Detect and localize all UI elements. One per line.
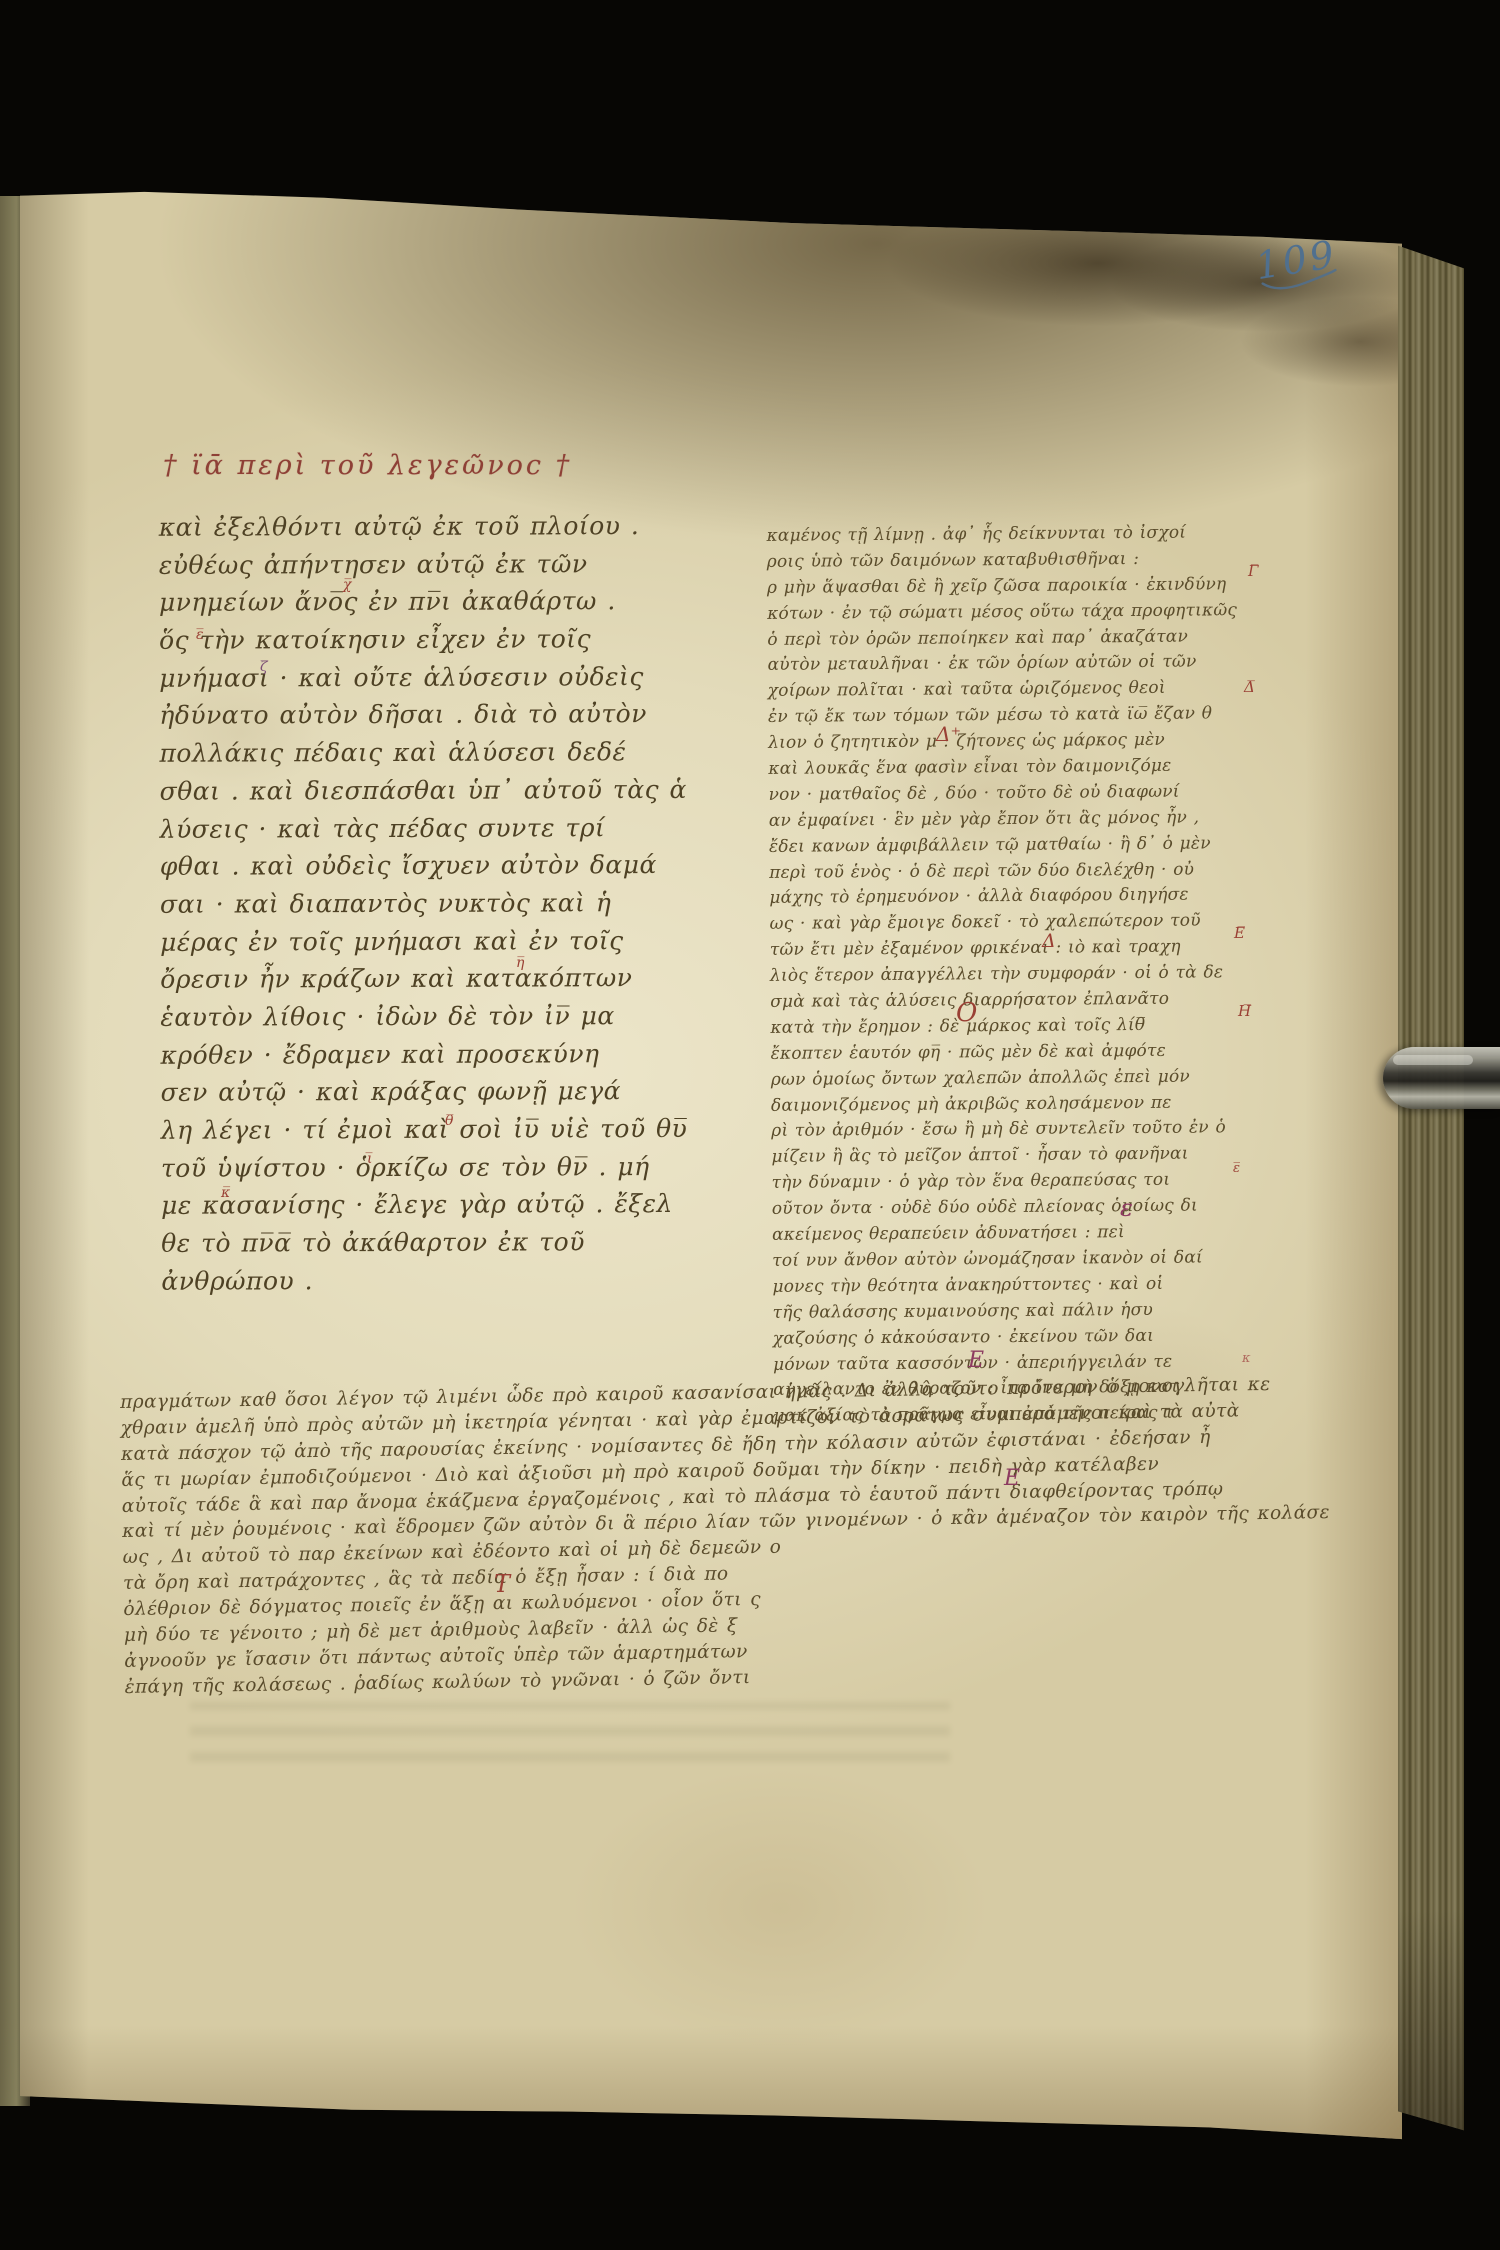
commentary-column: καμένος τῇ λίμνῃ . ἀφ᾽ ἧς δείκνυνται τὸ … bbox=[766, 520, 1253, 1430]
text-line: τὴν δύναμιν · ὁ γὰρ τὸν ἕνα θεραπεύσας τ… bbox=[772, 1167, 1252, 1197]
rubric-letter: Τ bbox=[494, 1572, 510, 1596]
rubric-letter: Ο bbox=[956, 1000, 977, 1026]
text-line: ακείμενος θεραπεύειν ἀδυνατήσει : πεὶ bbox=[772, 1219, 1252, 1249]
rubric-letter: ζ̅ bbox=[260, 660, 268, 674]
text-line: μονες τὴν θεότητα ἀνακηρύττοντες · καὶ ο… bbox=[772, 1271, 1252, 1301]
fore-edge-page-stack bbox=[1398, 238, 1464, 2138]
text-line: κατὰ τὴν ἔρημον : δὲ μάρκος καὶ τοῖς λίθ… bbox=[770, 1012, 1250, 1042]
text-line: ἑαυτὸν λίθοις · ἰδὼν δὲ τὸν ἰν̅ μα bbox=[160, 997, 600, 1036]
text-line: ὁ περὶ τὸν ὁρῶν πεποίηκεν καὶ παρ᾽ ἀκαζά… bbox=[767, 624, 1247, 654]
rubric-letter: χ̅ bbox=[343, 578, 351, 592]
gospel-column: καὶ ἐξελθόντι αὐτῷ ἐκ τοῦ πλοίου .εὐθέως… bbox=[159, 507, 602, 1300]
text-line: λη λέγει · τί ἐμοὶ καὶ σοὶ ἰυ̅ υἱὲ τοῦ θ… bbox=[161, 1110, 601, 1149]
manuscript-photo: { "page": { "folio_number": "109", "titl… bbox=[0, 0, 1500, 2250]
bottom-commentary-block: πραγμάτων καθ ὅσοι λέγον τῷ λιμένι ὧδε π… bbox=[120, 1372, 1285, 1701]
text-line: λιὸς ἕτερον ἀπαγγέλλει τὴν συμφοράν · οἱ… bbox=[770, 960, 1250, 990]
text-line: δαιμονιζόμενος μὴ ἀκριβῶς κολησάμενον πε bbox=[771, 1090, 1251, 1120]
rubric-letter: Δ bbox=[1042, 932, 1056, 951]
text-line: καὶ ἐξελθόντι αὐτῷ ἐκ τοῦ πλοίου . bbox=[159, 507, 599, 546]
text-line: ως · καὶ γὰρ ἔμοιγε δοκεῖ · τὸ χαλεπώτερ… bbox=[769, 908, 1249, 938]
text-line: ρὶ τὸν ἀριθμόν · ἔσω ἢ μὴ δὲ συντελεῖν τ… bbox=[771, 1116, 1251, 1146]
rubric-letter: κ̅ bbox=[221, 1186, 230, 1200]
text-line: μνημείων ἄνο̅ς ἐν πν̅ι ἀκαθάρτω . bbox=[159, 583, 599, 622]
rubric-letter: θ̅ bbox=[445, 1114, 453, 1128]
rubric-letter: κ bbox=[1242, 1352, 1251, 1365]
rubric-letter: ε̅ bbox=[1233, 1162, 1240, 1175]
text-line: ἀνθρώπου . bbox=[161, 1261, 601, 1300]
text-line: σμὰ καὶ τὰς ἁλύσεις διαρρήσατον ἐπλανᾶτο bbox=[770, 986, 1250, 1016]
rubric-letter: ε̅ bbox=[196, 628, 204, 642]
text-line: ἔδει κανων ἀμφιβάλλειν τῷ ματθαίω · ἢ δ᾽… bbox=[769, 831, 1249, 861]
glass-glint bbox=[1393, 1055, 1473, 1065]
text-line: χαζούσης ὁ κἀκούσαντο · ἐκείνου τῶν δαι bbox=[773, 1323, 1253, 1353]
text-line: μίζειν ἢ ἃς τὸ μεῖζον ἁπτοῖ · ἦσαν τὸ φα… bbox=[771, 1141, 1251, 1171]
text-line: αν ἐμφαίνει · ἓν μὲν γὰρ ἔπον ὅτι ἃς μόν… bbox=[769, 805, 1249, 835]
rubric-letter: Η̅ bbox=[1238, 1004, 1251, 1019]
text-line: αὐτὸν μεταυλῆναι · ἐκ τῶν ὁρίων αὐτῶν οἱ… bbox=[767, 650, 1247, 680]
text-line: μνήμασι · καὶ οὔτε ἁλύσεσιν οὐδεὶς bbox=[159, 658, 599, 697]
text-line: κότων · ἐν τῷ σώματι μέσος οὕτω τάχα προ… bbox=[767, 598, 1247, 628]
text-line: σεν αὐτῷ · καὶ κράξας φωνῇ μεγά bbox=[161, 1073, 601, 1112]
text-line: ἐν τῷ ἔκ των τόμων τῶν μέσω τὸ κατὰ ϊω̅ … bbox=[768, 701, 1248, 731]
text-line: τοί νυν ἄνθον αὐτὸν ὠνομάζησαν ἱκανὸν οἱ… bbox=[772, 1245, 1252, 1275]
text-line: χοίρων πολῖται · καὶ ταῦτα ὡριζόμενος θε… bbox=[768, 675, 1248, 705]
text-line: ρων ὁμοίως ὄντων χαλεπῶν ἀπολλῶς ἐπεὶ μό… bbox=[771, 1064, 1251, 1094]
text-line: οῦτον ὄντα · οὐδὲ δύο οὐδὲ πλείονας ὁμοί… bbox=[772, 1193, 1252, 1223]
glass-page-weight bbox=[1383, 1047, 1500, 1109]
text-line: ἠδύνατο αὐτὸν δῆσαι . διὰ τὸ αὐτὸν bbox=[159, 696, 599, 735]
chapter-title: † ϊᾱ περὶ τοῦ λεγεῶνοϲ † bbox=[163, 450, 572, 481]
text-line: ροις ὑπὸ τῶν δαιμόνων καταβυθισθῆναι : bbox=[767, 546, 1247, 576]
text-line: πολλάκις πέδαις καὶ ἁλύσεσι δεδέ bbox=[159, 733, 599, 772]
text-line: καὶ λουκᾶς ἕνα φασὶν εἶναι τὸν δαιμονιζό… bbox=[768, 753, 1248, 783]
text-line: ὅς τὴν κατοίκησιν εἶχεν ἐν τοῖς bbox=[159, 620, 599, 659]
text-line: ἔκοπτεν ἑαυτόν φη̅ · πῶς μὲν δὲ καὶ ἀμφό… bbox=[771, 1038, 1251, 1068]
text-line: λιον ὁ ζητητικὸν μ : ζήτονες ὡς μάρκος μ… bbox=[768, 727, 1248, 757]
rubric-letter: Δ̅ bbox=[1244, 680, 1255, 695]
text-line: νον · ματθαῖος δὲ , δύο · τοῦτο δὲ οὐ δι… bbox=[768, 779, 1248, 809]
text-line: λύσεις · καὶ τὰς πέδας συντε τρί bbox=[160, 809, 600, 848]
text-line: σαι · καὶ διαπαντὸς νυκτὸς καὶ ἡ bbox=[160, 884, 600, 923]
text-line: σθαι . καὶ διεσπάσθαι ὑπ᾽ αὐτοῦ τὰς ἁ bbox=[160, 771, 600, 810]
text-line: φθαι . καὶ οὐδεὶς ἴσχυεν αὐτὸν δαμά bbox=[160, 846, 600, 885]
rubric-letter: Ε bbox=[1004, 1468, 1020, 1490]
ink-show-through bbox=[190, 1702, 950, 1762]
text-line: τῆς θαλάσσης κυμαινούσης καὶ πάλιν ἡσυ bbox=[773, 1297, 1253, 1327]
text-line: κρόθεν · ἔδραμεν καὶ προσεκύνη bbox=[160, 1035, 600, 1074]
rubric-letter: ι̅ bbox=[367, 1152, 373, 1166]
rubric-letter: Ε bbox=[968, 1350, 984, 1372]
text-line: θε τὸ πν̅α̅ τὸ ἀκάθαρτον ἐκ τοῦ bbox=[161, 1223, 601, 1262]
text-line: ρ μὴν ἅψασθαι δὲ ἢ χεῖρ ζῶσα παροικία · … bbox=[767, 572, 1247, 602]
text-line: εὐθέως ἀπήντησεν αὐτῷ ἐκ τῶν bbox=[159, 545, 599, 584]
text-line: καμένος τῇ λίμνῃ . ἀφ᾽ ἧς δείκνυνται τὸ … bbox=[766, 520, 1246, 550]
rubric-letter: Δ⁺ bbox=[936, 724, 961, 744]
rubric-letter: Γ̅ bbox=[1248, 564, 1258, 579]
text-line: μάχης τὸ ἐρημευόνον · ἀλλὰ διαφόρου διηγ… bbox=[769, 883, 1249, 913]
rubric-letter: ε bbox=[1120, 1196, 1133, 1220]
text-line: περὶ τοῦ ἑνὸς · ὁ δὲ περὶ τῶν δύο διελέχ… bbox=[769, 857, 1249, 887]
text-line: τῶν ἔτι μὲν ἐξαμένον φρικέναι : ιὸ καὶ τ… bbox=[770, 934, 1250, 964]
rubric-letter: Ε̅ bbox=[1234, 926, 1245, 941]
text-line: μέρας ἐν τοῖς μνήμασι καὶ ἐν τοῖς bbox=[160, 922, 600, 961]
text-line: τοῦ ὑψίστου · ὁρκίζω σε τὸν θν̅ . μή bbox=[161, 1148, 601, 1187]
rubric-letter: η̅ bbox=[516, 956, 524, 970]
text-line: ὄρεσιν ἦν κράζων καὶ κατακόπτων bbox=[160, 959, 600, 998]
